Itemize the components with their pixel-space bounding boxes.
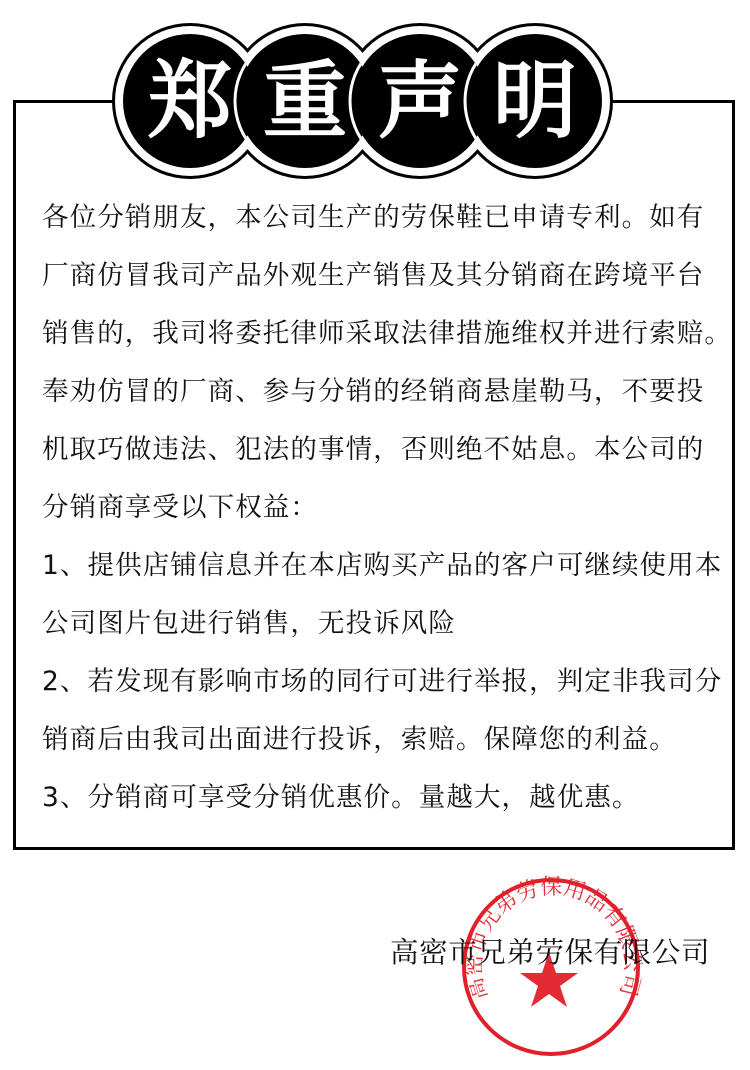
body-line: 机取巧做违法、犯法的事情，否则绝不姑息。本公司的: [42, 425, 722, 483]
title-char-4: 明: [470, 38, 600, 168]
title-badge: 郑 重 声 明: [100, 18, 650, 184]
body-line: 销售的，我司将委托律师采取法律措施维权并进行索赔。: [42, 309, 722, 367]
title-char-3: 声: [355, 38, 485, 168]
body-line: 分销商享受以下权益：: [42, 483, 722, 541]
title-char-2: 重: [240, 38, 370, 168]
title-char-1: 郑: [125, 38, 255, 168]
body-line: 奉劝仿冒的厂商、参与分销的经销商悬崖勒马，不要投: [42, 367, 722, 425]
benefit-item-3: 3、分销商可享受分销优惠价。量越大，越优惠。: [42, 773, 722, 831]
benefit-item-1: 1、提供店铺信息并在本店购买产品的客户可继续使用本: [42, 541, 722, 599]
notice-body: 各位分销朋友，本公司生产的劳保鞋已申请专利。如有 厂商仿冒我司产品外观生产销售及…: [42, 193, 722, 831]
body-line: 厂商仿冒我司产品外观生产销售及其分销商在跨境平台: [42, 251, 722, 309]
benefit-item-2: 2、若发现有影响市场的同行可进行举报，判定非我司分: [42, 657, 722, 715]
company-name: 高密市兄弟劳保有限公司: [390, 933, 710, 973]
body-line: 各位分销朋友，本公司生产的劳保鞋已申请专利。如有: [42, 193, 722, 251]
benefit-item-1-cont: 公司图片包进行销售，无投诉风险: [42, 599, 722, 657]
benefit-item-2-cont: 销商后由我司出面进行投诉，索赔。保障您的利益。: [42, 715, 722, 773]
